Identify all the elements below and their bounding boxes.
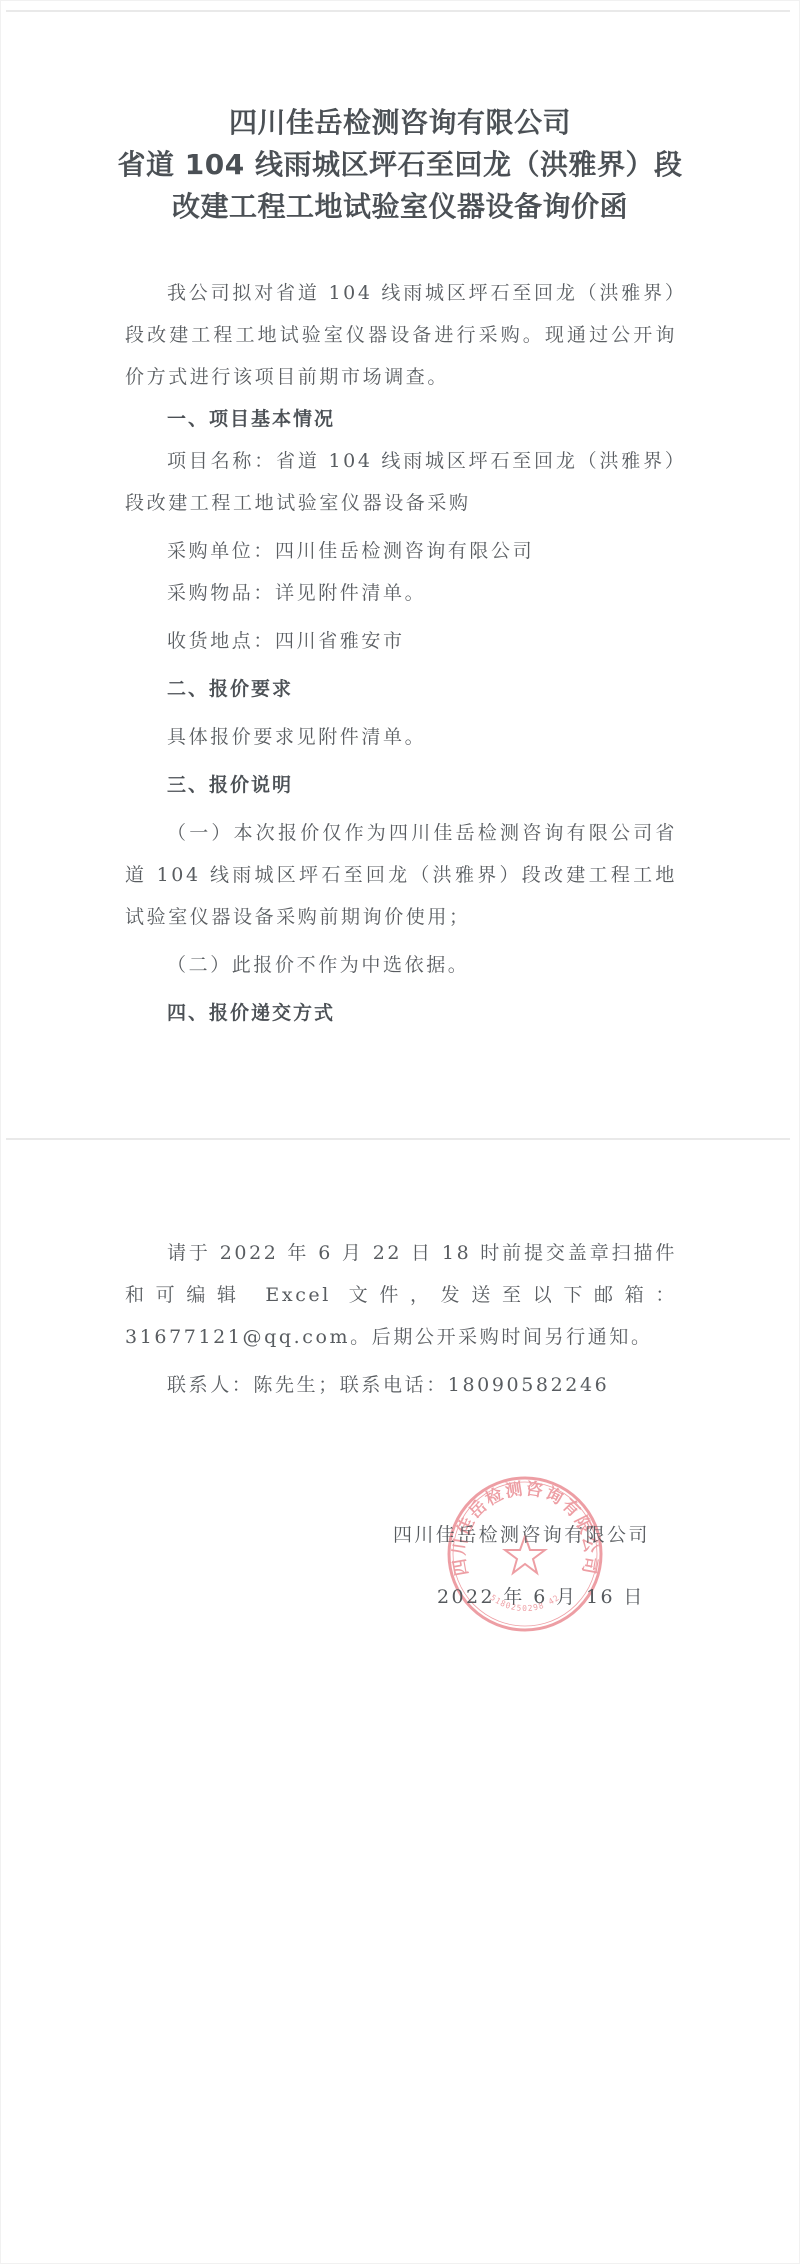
document-body-page-2: 请于 2022 年 6 月 22 日 18 时前提交盖章扫描件和可编辑 Exce… [125, 1232, 677, 1406]
document-title: 四川佳岳检测咨询有限公司 省道 104 线雨城区坪石至回龙（洪雅界）段 改建工程… [0, 102, 800, 228]
page-top-edge [6, 10, 790, 12]
quote-requirements-text: 具体报价要求见附件清单。 [125, 716, 677, 758]
page-break-divider [6, 1138, 790, 1140]
section-heading-project-info: 一、项目基本情况 [125, 398, 677, 440]
intro-paragraph: 我公司拟对省道 104 线雨城区坪石至回龙（洪雅界）段改建工程工地试验室仪器设备… [125, 272, 677, 398]
quote-note-1: （一）本次报价仅作为四川佳岳检测咨询有限公司省道 104 线雨城区坪石至回龙（洪… [125, 812, 677, 938]
section-heading-quote-notes: 三、报价说明 [125, 764, 677, 806]
section-heading-submission-method: 四、报价递交方式 [125, 992, 677, 1034]
title-company: 四川佳岳检测咨询有限公司 [0, 102, 800, 144]
submission-instructions: 请于 2022 年 6 月 22 日 18 时前提交盖章扫描件和可编辑 Exce… [125, 1232, 677, 1358]
project-name: 项目名称：省道 104 线雨城区坪石至回龙（洪雅界）段改建工程工地试验室仪器设备… [125, 440, 677, 524]
signature-company: 四川佳岳检测咨询有限公司 [393, 1514, 653, 1556]
signature-date: 2022 年 6 月 16 日 [393, 1576, 653, 1618]
delivery-location: 收货地点：四川省雅安市 [125, 620, 677, 662]
purchasing-unit: 采购单位：四川佳岳检测咨询有限公司 [125, 530, 677, 572]
section-heading-quote-requirements: 二、报价要求 [125, 668, 677, 710]
quote-note-2: （二）此报价不作为中选依据。 [125, 944, 677, 986]
title-project-line: 省道 104 线雨城区坪石至回龙（洪雅界）段 [0, 144, 800, 186]
contact-info: 联系人：陈先生；联系电话：18090582246 [125, 1364, 677, 1406]
title-subject-line: 改建工程工地试验室仪器设备询价函 [0, 186, 800, 228]
purchased-items: 采购物品：详见附件清单。 [125, 572, 677, 614]
document-body-page-1: 我公司拟对省道 104 线雨城区坪石至回龙（洪雅界）段改建工程工地试验室仪器设备… [125, 272, 677, 1034]
